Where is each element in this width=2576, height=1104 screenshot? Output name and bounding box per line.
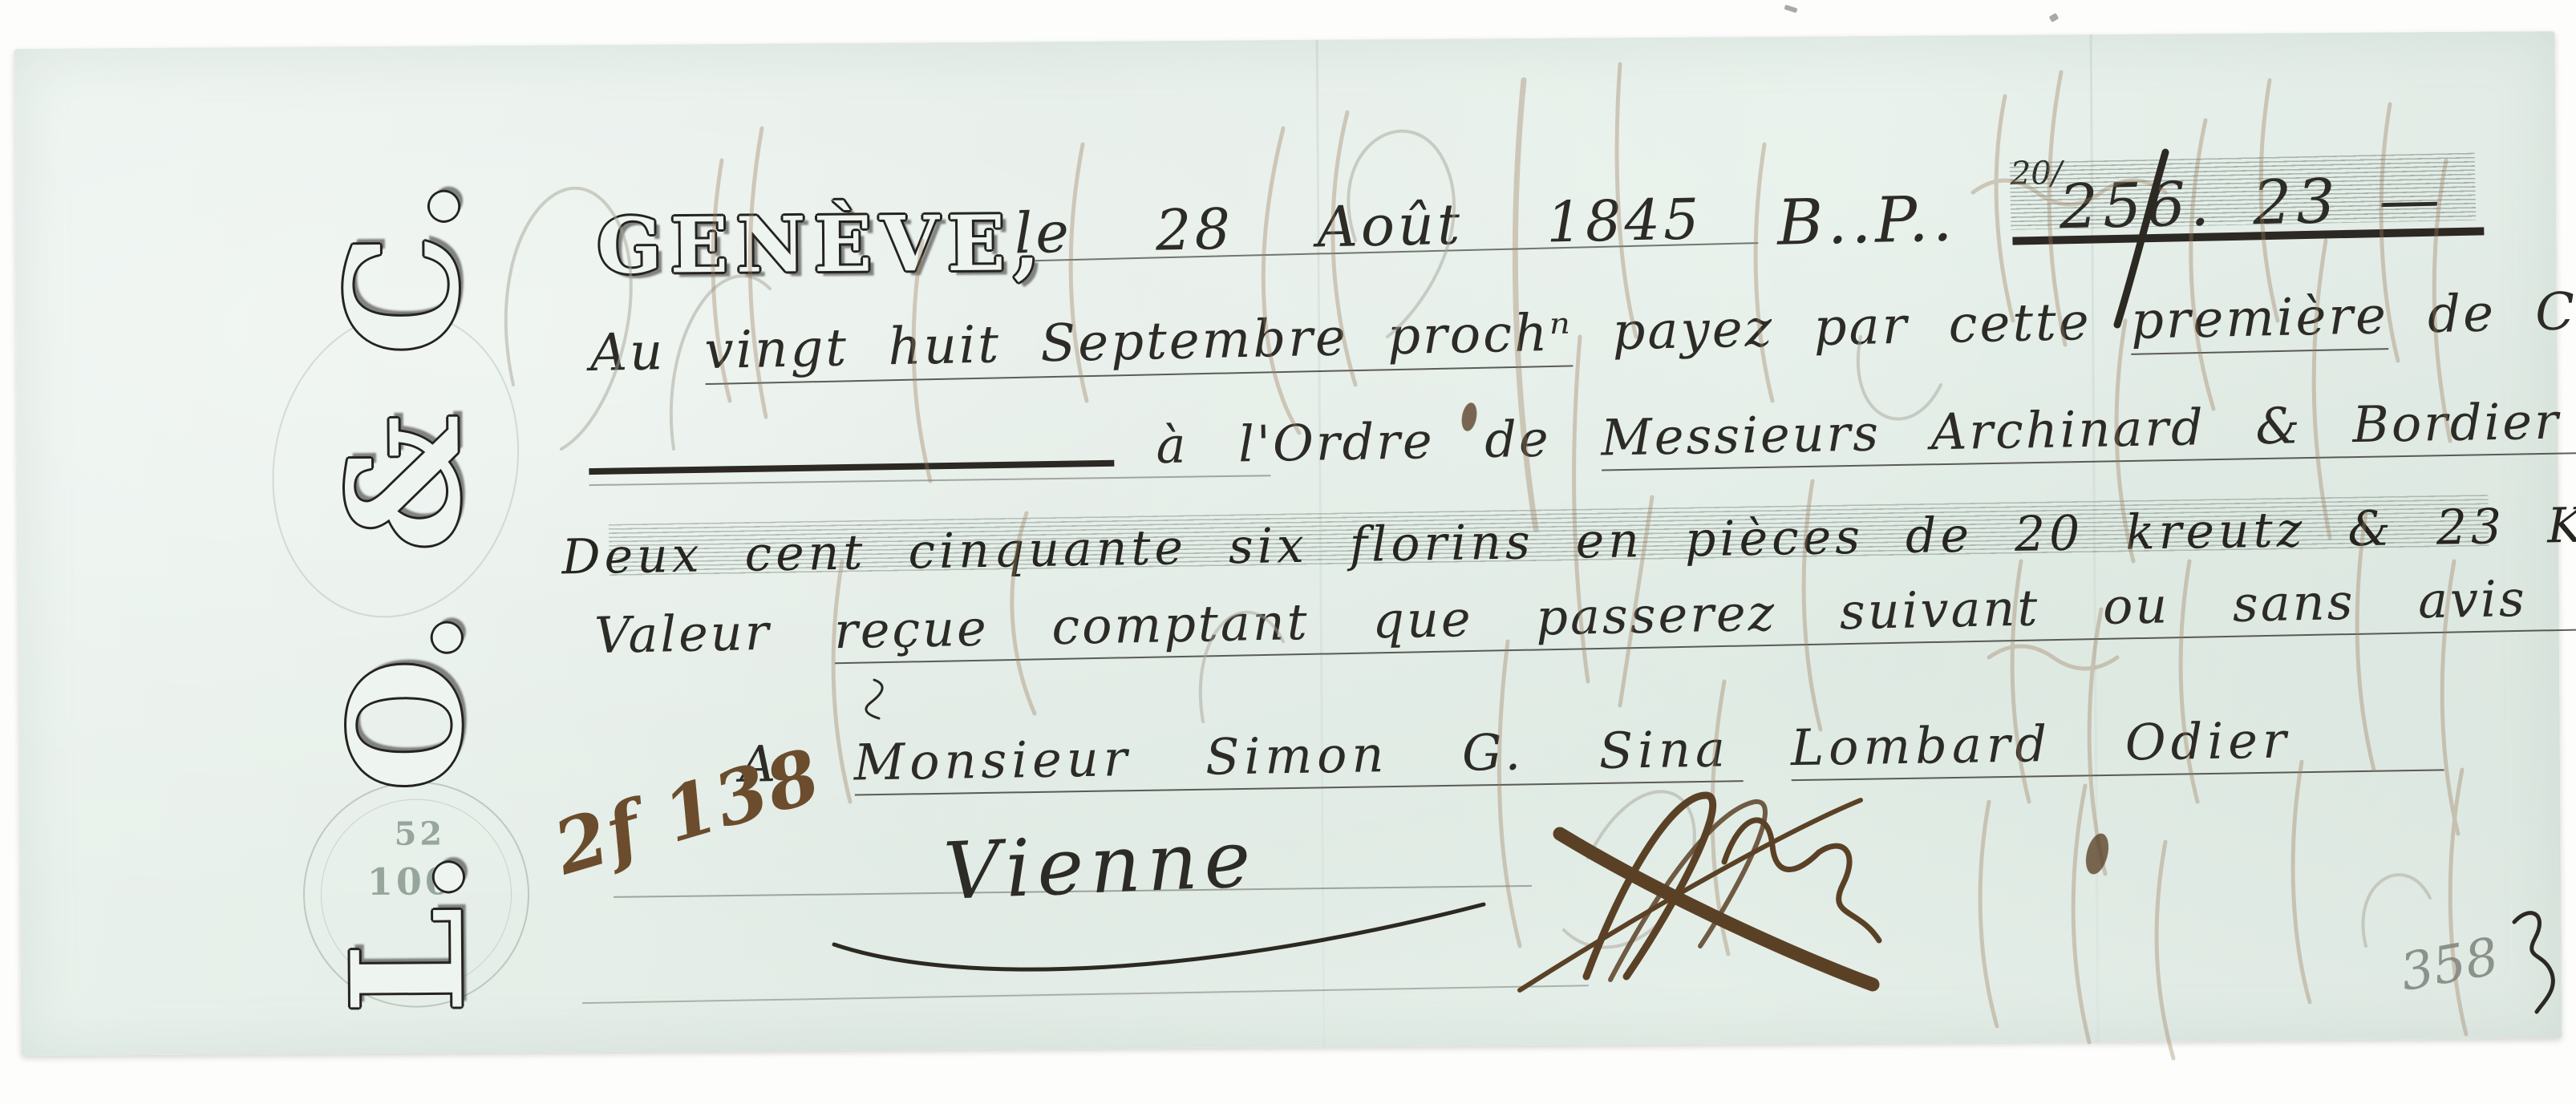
bill-paper: 52 100 L. O. & C. GENÈVE, le 28 Août 184…	[14, 31, 2562, 1056]
maturity-line: Au vingt huit Septembre prochⁿ payez par…	[589, 279, 2576, 383]
ink-speck	[2049, 13, 2060, 22]
printed-city-geneve: GENÈVE,	[597, 199, 1048, 291]
pencil-number: 358	[2396, 927, 2504, 1003]
amount-dash: —	[2378, 163, 2445, 236]
bottom-ruled-line	[582, 985, 1589, 1004]
drawer-firm-name: Lombard Odier	[1790, 708, 2444, 781]
scanned-bill-of-exchange: 52 100 L. O. & C. GENÈVE, le 28 Août 184…	[0, 0, 2576, 1104]
place-name: Vienne	[942, 814, 1258, 918]
drawee-gap	[1743, 765, 1791, 766]
filler-thin-line	[589, 475, 1270, 486]
letterhead-monogram: L. O. & C.	[313, 176, 497, 1015]
maturity-prefix: Au	[589, 322, 666, 383]
value-prefix: Valeur	[594, 603, 772, 665]
ref-label: B..P..	[1776, 183, 1957, 259]
blank-filler-stroke	[589, 460, 1114, 475]
date-line: le 28 Août 1845	[1014, 186, 1703, 266]
of-exchange: de Change	[2427, 279, 2576, 345]
drawee-line: A Monsieur Simon G. SinaLombard Odier	[739, 708, 2444, 793]
payee-name: Messieurs Archinard & Bordier	[1601, 391, 2576, 471]
value-clause-line: Valeur reçue comptant que passerez suiva…	[594, 567, 2576, 665]
date-value: 28 Août 1845	[1155, 186, 1703, 263]
value-clause: reçue comptant que passerez suivant ou s…	[833, 567, 2576, 665]
drawee-name: Monsieur Simon G. Sina	[853, 719, 1743, 795]
pay-clause: payez par cette	[1612, 293, 2092, 362]
order-prefix: à l'Ordre de	[1156, 410, 1551, 475]
maturity-term: vingt huit Septembre prochⁿ	[704, 303, 1574, 385]
left-amount-notation: 2f 138	[545, 732, 830, 892]
order-line: à l'Ordre de Messieurs Archinard & Bordi…	[1156, 391, 2576, 475]
ink-speck	[1784, 5, 1797, 14]
copy-designation: première	[2130, 286, 2389, 355]
date-prefix: le	[1014, 200, 1073, 266]
